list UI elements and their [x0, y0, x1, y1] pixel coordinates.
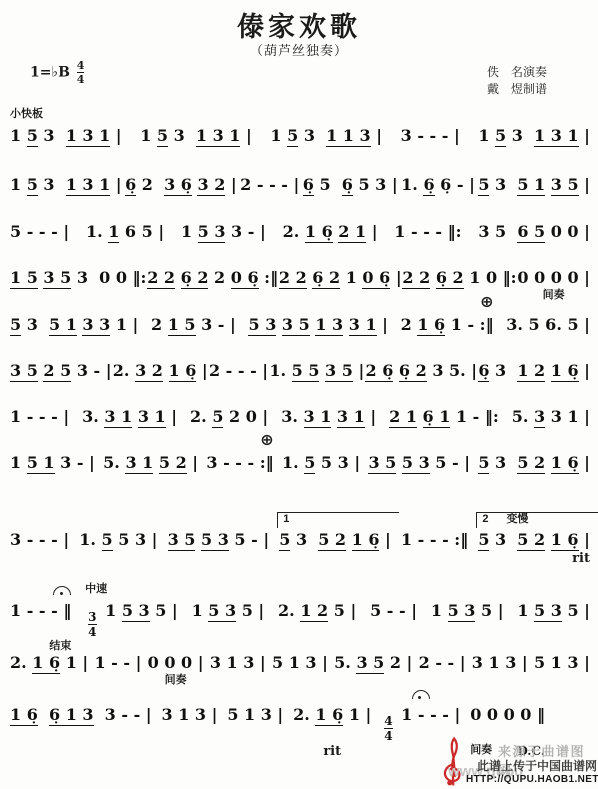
measure: 1 6̣ 6̣ 1 3 3 - - |	[10, 705, 152, 742]
measure: 3 5 5 3 5 - |	[168, 530, 270, 549]
measure: 2 2 6̣ 2 2 0 6̣ :‖	[147, 268, 278, 287]
measure: 2. 1 6̣ 1 |rit	[293, 705, 371, 742]
interlude-label: 间奏	[543, 290, 565, 301]
score-line: 1 - - - |3. 3 1 3 1 |2. 5 2 0 |3. 3 1 3 …	[10, 407, 590, 426]
measure: 1. 6̣ 6̣ - |	[401, 175, 475, 194]
measure: 1 - - - :‖	[401, 530, 468, 549]
time-numerator: 4	[77, 60, 85, 72]
measure: 2 2 6̣ 2 1 0 ‖:	[402, 268, 516, 287]
measure: 5 3 5 1 3 3 1 |	[10, 315, 138, 334]
measure: 1. 1 6 5 |	[86, 222, 164, 241]
key-label: 1=♭B	[30, 65, 70, 81]
credits: 佚 名演奏 戴 煜制谱	[487, 64, 547, 98]
fermata-icon	[412, 690, 430, 699]
measure: 5 - - - |	[10, 222, 69, 241]
watermark-upload-label: 此谱上传于中国曲谱网	[477, 757, 597, 774]
measure: 5 1 3 |	[227, 705, 283, 742]
measure: 5. 3 1 5 2 |	[103, 453, 198, 472]
sheet-music-page: 傣家欢歌 （葫芦丝独奏） 1=♭B 44 佚 名演奏 戴 煜制谱 1 5 3 1…	[0, 0, 598, 789]
measure: 2 6̣ 6̣ 2 3 5. |	[365, 361, 477, 380]
score-line: 3 5 2 5 3 - |2. 3 2 1 6̣ |2 - - - |1. 5 …	[10, 361, 590, 380]
measure: 3 - - - |	[401, 126, 460, 145]
measure: 5 3 5 2 1 6̣ |1	[279, 530, 391, 549]
measure: 3 1 3 |	[472, 653, 528, 672]
score-line: 5 3 5 1 3 3 1 |2 1 5 3 - |5 3 3 5 1 3 3 …	[10, 315, 590, 334]
score-line: 5 - - - |1. 1 6 5 |1 5 3 3 - |2. 1 6̣ 2 …	[10, 222, 590, 241]
score-line: 1 - - - ‖结束34 1 5 3 5 |中速1 5 3 5 |2. 1 2…	[10, 601, 590, 638]
page-title: 傣家欢歌	[0, 5, 598, 44]
measure: 34 1 5 3 5 |中速	[85, 601, 178, 638]
measure: 5 3 5 1 3 5 |	[478, 175, 590, 194]
volta-bracket-1: 1	[277, 512, 399, 528]
coda-icon: ⊕	[480, 294, 493, 310]
measure: 3 1 3 |	[162, 705, 218, 742]
score-line: 2. 1 6̣ 1 |1 - - |0 0 0 |间奏3 1 3 |5 1 3 …	[10, 653, 590, 672]
key-signature: 1=♭B 44	[30, 60, 86, 85]
measure: 2. 1 6̣ 2 1 |	[283, 222, 378, 241]
measure: 5 - - |	[370, 601, 417, 638]
measure: 1 5 3 1 3 1 |	[10, 175, 122, 194]
measure: 2 1 5 3 - |	[151, 315, 236, 334]
watermark-url: HTTP://QUPU.HAOB1.NET	[466, 774, 598, 785]
rit-label: rit	[323, 745, 341, 758]
measure: 6̣ 3 1 2 1 6̣ |	[478, 361, 590, 380]
measure: 3 5 5 3 5 - |	[368, 453, 470, 472]
measure: 1 - - - ‖:	[394, 222, 461, 241]
measure: 5 3 5 2 1 6̣ |2变慢rit	[478, 530, 590, 549]
measure: 1 5 3 1 1 3 |	[270, 126, 382, 145]
measure: 2. 3 2 1 6̣ |	[113, 361, 208, 380]
measure: 1 5 3 5 |	[517, 601, 590, 638]
measure: 5 3 3 5 1 3 3 1 |	[248, 315, 388, 334]
measure: 3 5 6 5 0 0 |	[478, 222, 590, 241]
measure: 0 0 0 0 |间奏	[517, 268, 590, 287]
measure: 3 1 3 |	[210, 653, 266, 672]
measure: 3 - - - :‖⊕	[206, 453, 273, 472]
notator-credit: 戴 煜制谱	[487, 81, 547, 98]
measure: 1 5 3 5 |	[431, 601, 504, 638]
measure: 2. 5 2 0 |	[190, 407, 268, 426]
performer-credit: 佚 名演奏	[487, 64, 547, 81]
measure: 2 2 6̣ 2 1 0 6̣ |	[279, 268, 402, 287]
score-line: 1 5 1 3 - |5. 3 1 5 2 |3 - - - :‖⊕1. 5 5…	[10, 453, 590, 472]
rit-label: rit	[572, 552, 590, 565]
score-line: 1 5 3 1 3 1 |6̣ 2 3 6̣ 3 2 |2 - - - |6̣ …	[10, 175, 590, 194]
measure: 5. 3 5 2 |	[334, 653, 412, 672]
score-line: 1 5 3 5 3 0 0 ‖:2 2 6̣ 2 2 0 6̣ :‖2 2 6̣…	[10, 268, 590, 287]
tempo-allegretto-label: 小快板	[10, 109, 43, 120]
measure: 5 1 3 |	[534, 653, 590, 672]
measure: 2 1 6̣ 1 - :‖⊕	[401, 315, 494, 334]
measure: 3 - - - |	[10, 530, 69, 549]
measure: 1 5 1 3 - |	[10, 453, 95, 472]
measure: 2. 1 2 5 |	[278, 601, 356, 638]
measure: 3. 5 6. 5 |	[506, 315, 590, 334]
score-line: 1 5 3 1 3 1 |小快板1 5 3 1 3 1 |1 5 3 1 1 3…	[10, 126, 590, 145]
measure: 1 - - |	[94, 653, 141, 672]
measure: 1 - - - |	[10, 407, 69, 426]
time-signature: 44	[77, 60, 85, 85]
measure: 1. 5 5 3 |	[79, 530, 157, 549]
measure: 1 5 3 3 - |	[181, 222, 266, 241]
measure: 2 - - |	[419, 653, 466, 672]
measure: 1 5 3 1 3 1 |	[478, 126, 590, 145]
coda-icon: ⊕	[260, 432, 273, 448]
measure: 0 0 0 0 ‖间奏D.C.	[470, 705, 545, 742]
measure: 1 5 3 5 |	[192, 601, 265, 638]
score-line: 3 - - - |1. 5 5 3 |3 5 5 3 5 - |5 3 5 2 …	[10, 530, 590, 549]
measure: 1. 5 5 3 5 |	[269, 361, 364, 380]
measure: 1 5 3 5 3 0 0 ‖:	[10, 268, 146, 287]
measure: 1. 5 5 3 |	[282, 453, 360, 472]
measure: 2 - - - |	[209, 361, 268, 380]
measure: 5. 3 3 1 |	[512, 407, 590, 426]
measure: 3. 3 1 3 1 |	[82, 407, 177, 426]
measure: 6̣ 5 6̣ 5 3 |	[303, 175, 398, 194]
measure: 1 5 3 1 3 1 |	[140, 126, 252, 145]
interlude-label: 间奏	[165, 675, 187, 686]
measure: 5 3 5 2 1 6̣ |	[478, 453, 590, 472]
ending-label: 结束	[49, 641, 71, 652]
measure: 3. 3 1 3 1 |	[281, 407, 376, 426]
time-denominator: 4	[77, 72, 85, 86]
measure: 6̣ 2 3 6̣ 3 2 |	[125, 175, 237, 194]
measure: 0 0 0 |间奏	[148, 653, 204, 672]
measure: 3 5 2 5 3 - |	[10, 361, 112, 380]
measure: 1 - - - ‖结束	[10, 601, 71, 638]
measure: 2 1 6̣ 1 1 - ‖:	[389, 407, 499, 426]
fermata-icon	[53, 586, 71, 595]
measure: 5 1 3 |	[272, 653, 328, 672]
volta-bracket-2: 2变慢	[476, 512, 598, 528]
tempo-moderato-label: 中速	[85, 584, 107, 595]
measure: 2. 1 6̣ 1 |	[10, 653, 88, 672]
measure: 1 5 3 1 3 1 |小快板	[10, 126, 122, 145]
page-subtitle: （葫芦丝独奏）	[0, 40, 598, 59]
measure: 2 - - - |	[240, 175, 299, 194]
